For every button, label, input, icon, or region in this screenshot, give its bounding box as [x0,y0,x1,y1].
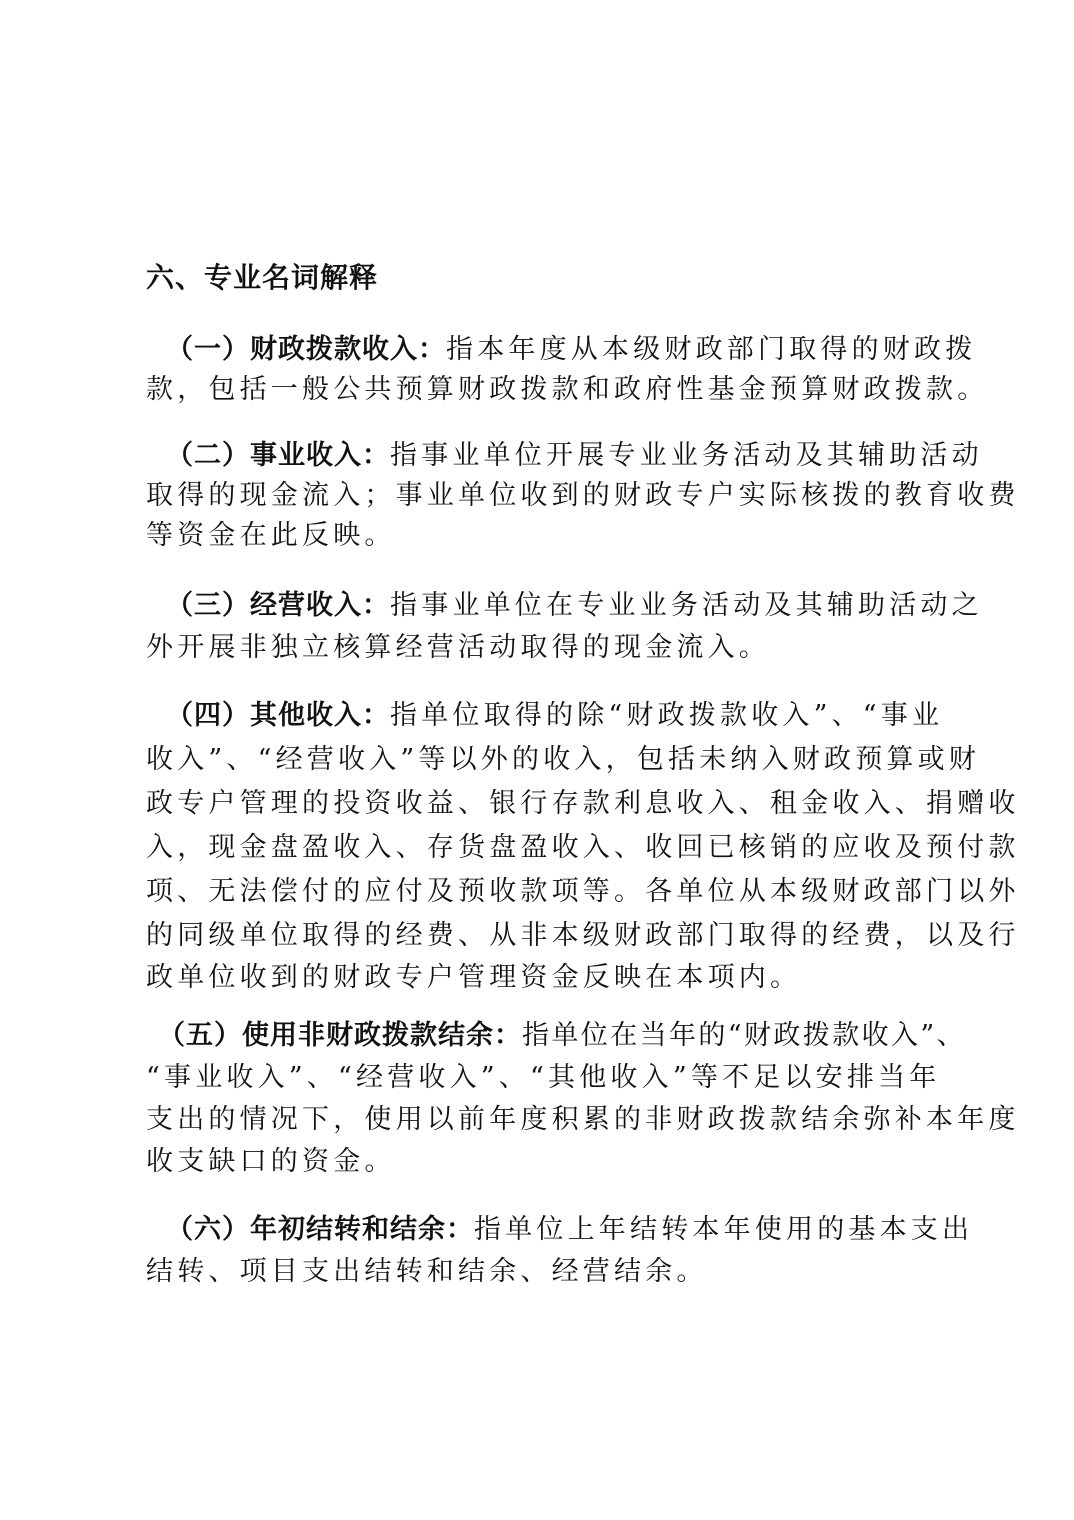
definition-line: 结转、项目支出结转和结余、经营结余。 [146,1252,708,1292]
definition-text: 指事业单位在专业业务活动及其辅助活动之 [390,590,983,621]
definition-line: 入，现金盘盈收入、存货盘盈收入、收回已核销的应收及预付款 [146,828,1020,868]
definition-line: （一）财政拨款收入：指本年度从本级财政部门取得的财政拨 [166,330,976,370]
definition-term: （五）使用非财政拨款结余： [158,1020,522,1051]
definition-line: 收入”、“经营收入”等以外的收入，包括未纳入财政预算或财 [146,740,980,780]
definition-line: 取得的现金流入；事业单位收到的财政专户实际核拨的教育收费 [146,476,1020,516]
definition-line: 项、无法偿付的应付及预收款项等。各单位从本级财政部门以外 [146,872,1020,912]
definition-line: （六）年初结转和结余：指单位上年结转本年使用的基本支出 [166,1210,973,1250]
section-heading: 六、专业名词解释 [146,258,378,298]
definition-text: 指事业单位开展专业业务活动及其辅助活动 [390,440,983,471]
definition-text: 指单位取得的除“财政拨款收入”、“事业 [390,700,943,731]
definition-line: 外开展非独立核算经营活动取得的现金流入。 [146,628,770,668]
definition-line: （二）事业收入：指事业单位开展专业业务活动及其辅助活动 [166,436,983,476]
document-page: 六、专业名词解释 （一）财政拨款收入：指本年度从本级财政部门取得的财政拨 款，包… [0,0,1074,1520]
definition-term: （一）财政拨款收入： [166,334,446,365]
definition-line: 等资金在此反映。 [146,516,396,556]
definition-text: 指本年度从本级财政部门取得的财政拨 [446,334,976,365]
definition-line: “事业收入”、“经营收入”、“其他收入”等不足以安排当年 [146,1058,940,1098]
definition-term: （四）其他收入： [166,700,390,731]
definition-text: 指单位在当年的“财政拨款收入”、 [522,1020,966,1051]
definition-line: （五）使用非财政拨款结余：指单位在当年的“财政拨款收入”、 [158,1016,966,1056]
definition-term: （二）事业收入： [166,440,390,471]
definition-line: 款，包括一般公共预算财政拨款和政府性基金预算财政拨款。 [146,370,988,410]
definition-text: 指单位上年结转本年使用的基本支出 [474,1214,973,1245]
definition-line: 支出的情况下，使用以前年度积累的非财政拨款结余弥补本年度 [146,1100,1020,1140]
definition-line: 政单位收到的财政专户管理资金反映在本项内。 [146,958,801,998]
definition-line: 的同级单位取得的经费、从非本级财政部门取得的经费，以及行 [146,916,1020,956]
definition-line: （四）其他收入：指单位取得的除“财政拨款收入”、“事业 [166,696,943,736]
definition-line: 政专户管理的投资收益、银行存款利息收入、租金收入、捐赠收 [146,784,1020,824]
definition-line: 收支缺口的资金。 [146,1142,396,1182]
definition-line: （三）经营收入：指事业单位在专业业务活动及其辅助活动之 [166,586,983,626]
definition-term: （六）年初结转和结余： [166,1214,474,1245]
definition-term: （三）经营收入： [166,590,390,621]
